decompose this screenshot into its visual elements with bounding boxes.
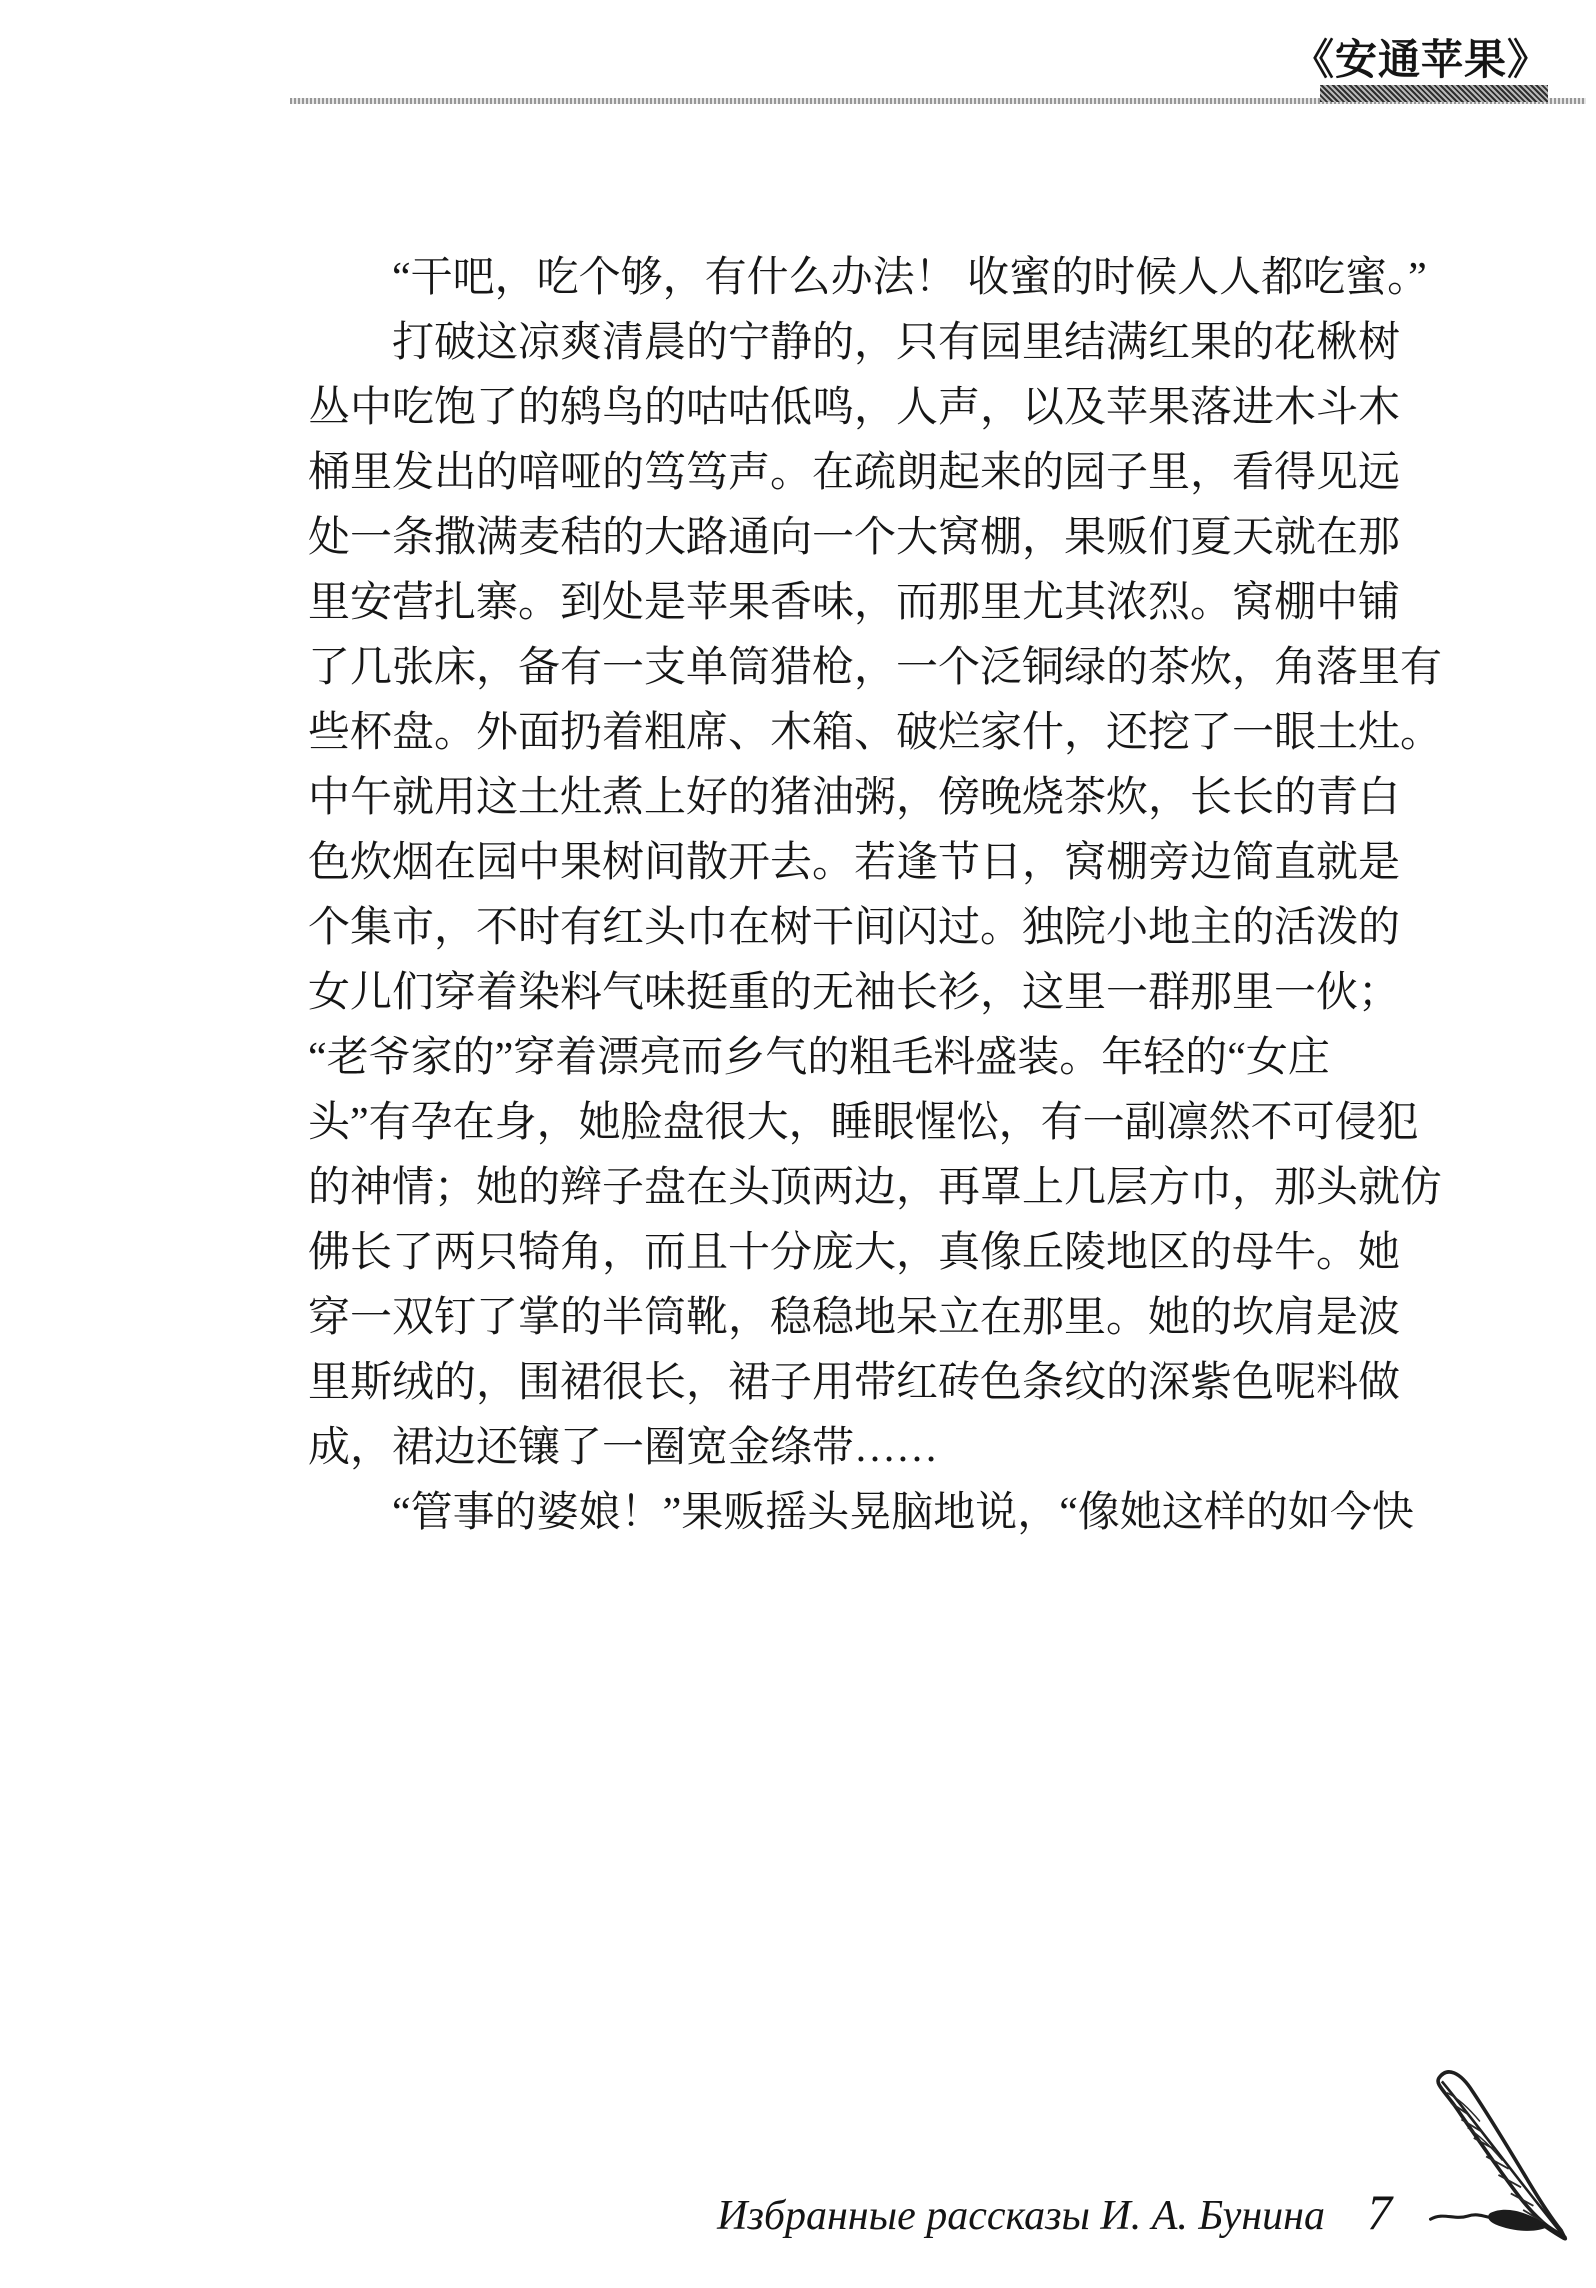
body-text-line: 中午就用这土灶煮上好的猪油粥，傍晚烧茶炊，长长的青白 (308, 766, 1468, 831)
body-text-line: 头”有孕在身，她脸盘很大，睡眼惺忪，有一副凛然不可侵犯 (308, 1091, 1468, 1156)
body-text-line: 些杯盘。外面扔着粗席、木箱、破烂家什，还挖了一眼土灶。 (308, 701, 1468, 766)
quill-icon (1428, 2068, 1573, 2248)
header-rule-accent (1320, 85, 1548, 102)
body-text-line: 了几张床，备有一支单筒猎枪，一个泛铜绿的茶炊，角落里有 (308, 636, 1468, 701)
body-text-line: 成，裙边还镶了一圈宽金绦带…… (308, 1416, 1468, 1481)
running-head-title: 《安通苹果》 (1292, 38, 1550, 84)
body-text: “干吧，吃个够，有什么办法！ 收蜜的时候人人都吃蜜。”打破这凉爽清晨的宁静的，只… (308, 246, 1468, 1546)
body-text-line: 色炊烟在园中果树间散开去。若逢节日，窝棚旁边简直就是 (308, 831, 1468, 896)
body-text-line: 里斯绒的，围裙很长，裙子用带红砖色条纹的深紫色呢料做 (308, 1351, 1468, 1416)
body-text-line: 里安营扎寨。到处是苹果香味，而那里尤其浓烈。窝棚中铺 (308, 571, 1468, 636)
body-text-line: “老爷家的”穿着漂亮而乡气的粗毛料盛装。年轻的“女庄 (308, 1026, 1468, 1091)
body-text-line: 处一条撒满麦秸的大路通向一个大窝棚，果贩们夏天就在那 (308, 506, 1468, 571)
body-text-line: “干吧，吃个够，有什么办法！ 收蜜的时候人人都吃蜜。” (308, 246, 1468, 311)
body-text-line: “管事的婆娘！”果贩摇头晃脑地说，“像她这样的如今快 (308, 1481, 1468, 1546)
body-text-line: 穿一双钉了掌的半筒靴，稳稳地呆立在那里。她的坎肩是波 (308, 1286, 1468, 1351)
body-text-line: 佛长了两只犄角，而且十分庞大，真像丘陵地区的母牛。她 (308, 1221, 1468, 1286)
book-page: 《安通苹果》 “干吧，吃个够，有什么办法！ 收蜜的时候人人都吃蜜。”打破这凉爽清… (0, 0, 1596, 2288)
body-text-line: 打破这凉爽清晨的宁静的，只有园里结满红果的花楸树 (308, 311, 1468, 376)
body-text-line: 个集市，不时有红头巾在树干间闪过。独院小地主的活泼的 (308, 896, 1468, 961)
body-text-line: 桶里发出的喑哑的笃笃声。在疏朗起来的园子里，看得见远 (308, 441, 1468, 506)
footer: Избранные рассказы И. А. Бунина 7 (717, 2184, 1392, 2244)
body-text-line: 丛中吃饱了的鸫鸟的咕咕低鸣，人声，以及苹果落进木斗木 (308, 376, 1468, 441)
footer-page-number: 7 (1367, 2184, 1392, 2240)
body-text-line: 女儿们穿着染料气味挺重的无袖长衫，这里一群那里一伙； (308, 961, 1468, 1026)
footer-book-title: Избранные рассказы И. А. Бунина (717, 2188, 1325, 2244)
body-text-line: 的神情；她的辫子盘在头顶两边，再罩上几层方巾，那头就仿 (308, 1156, 1468, 1221)
